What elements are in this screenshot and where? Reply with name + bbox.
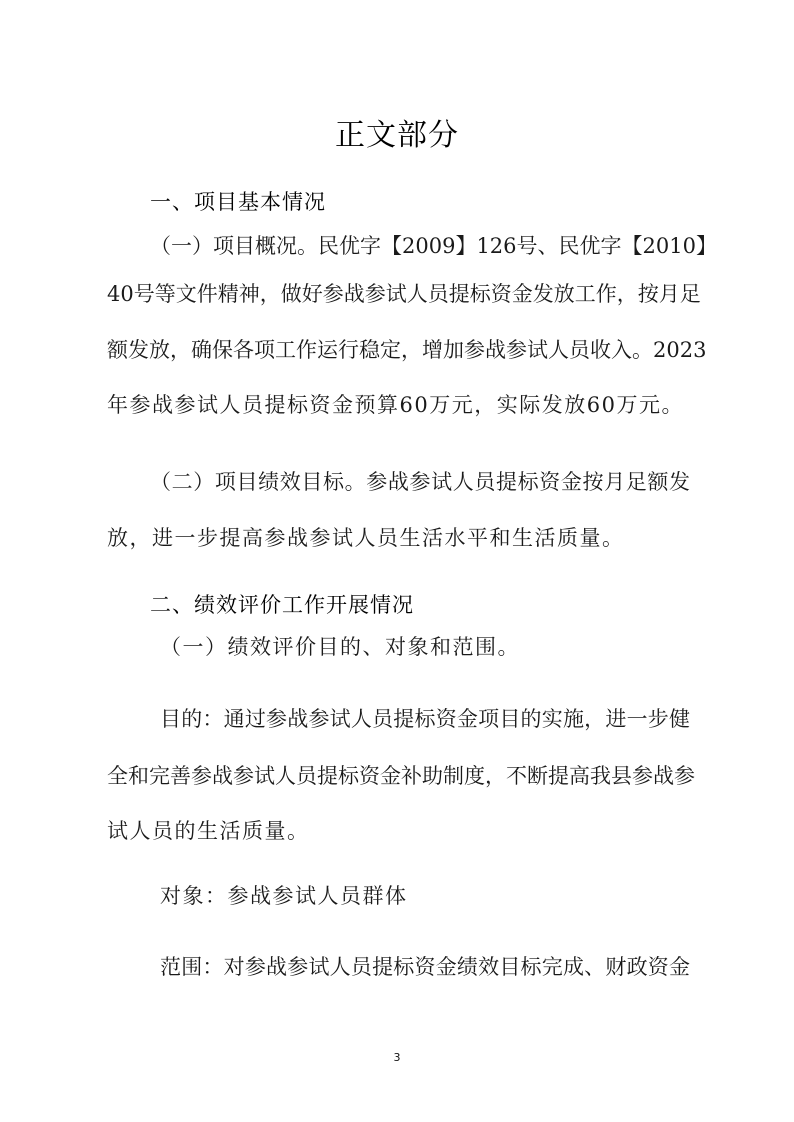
paragraph-line: （二）项目绩效目标。参战参试人员提标资金按月足额发 xyxy=(150,469,690,495)
paragraph-line: 对象：参战参试人员群体 xyxy=(160,883,408,909)
paragraph-line: 目的：通过参战参试人员提标资金项目的实施，进一步健 xyxy=(160,706,690,732)
paragraph-line: （一）项目概况。民优字【2009】126号、民优字【2010】 xyxy=(150,233,690,259)
section-heading-1: 一、项目基本情况 xyxy=(150,189,326,215)
page-number: 3 xyxy=(0,1051,794,1064)
document-page: 正文部分 一、项目基本情况 （一）项目概况。民优字【2009】126号、民优字【… xyxy=(0,0,794,1122)
paragraph-line: 范围：对参战参试人员提标资金绩效目标完成、财政资金 xyxy=(160,954,690,980)
paragraph-line: （一）绩效评价目的、对象和范围。 xyxy=(160,634,520,660)
paragraph-line: 额发放，确保各项工作运行稳定，增加参战参试人员收入。2023 xyxy=(107,337,693,363)
paragraph-line: 试人员的生活质量。 xyxy=(107,818,310,844)
paragraph-line: 年参战参试人员提标资金预算60万元，实际发放60万元。 xyxy=(107,392,684,418)
page-title: 正文部分 xyxy=(0,116,794,156)
paragraph-line: 全和完善参战参试人员提标资金补助制度，不断提高我县参战参 xyxy=(107,763,693,789)
paragraph-line: 放，进一步提高参战参试人员生活水平和生活质量。 xyxy=(107,525,625,551)
section-heading-2: 二、绩效评价工作开展情况 xyxy=(150,592,414,618)
paragraph-line: 40号等文件精神，做好参战参试人员提标资金发放工作，按月足 xyxy=(107,281,693,307)
